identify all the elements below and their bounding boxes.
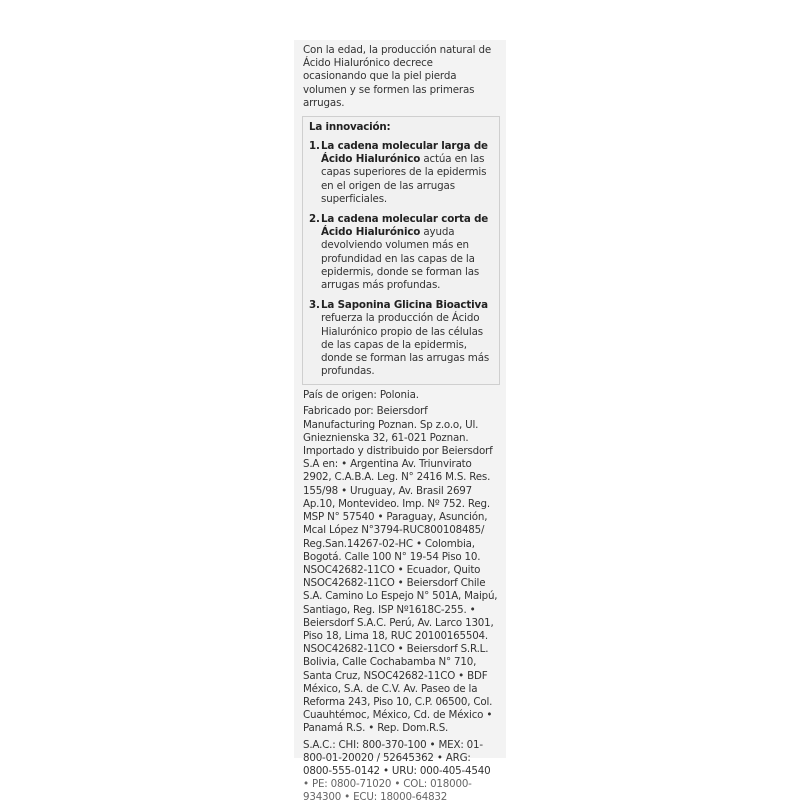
item-text: refuerza la producción de Ácido Hialurón… (321, 312, 489, 377)
item-body: La cadena molecular larga de Ácido Hialu… (321, 140, 494, 206)
manufacturer-info: Fabricado por: Beiersdorf Manufacturing … (303, 405, 498, 735)
innovation-item: 3. La Saponina Glicina Bioactiva refuerz… (309, 299, 494, 378)
item-bold-text: La cadena molecular corta de Ácido Hialu… (321, 213, 488, 238)
innovation-box: La innovación: 1. La cadena molecular la… (302, 116, 500, 385)
customer-service-contacts: S.A.C.: CHI: 800-370-100 • MEX: 01-800-0… (303, 739, 498, 800)
product-info-panel: Con la edad, la producción natural de Ác… (294, 40, 506, 758)
innovation-item: 1. La cadena molecular larga de Ácido Hi… (309, 140, 494, 206)
country-of-origin: País de origen: Polonia. (303, 389, 498, 402)
intro-paragraph: Con la edad, la producción natural de Ác… (303, 44, 498, 110)
item-body: La cadena molecular corta de Ácido Hialu… (321, 213, 494, 292)
innovation-list: 1. La cadena molecular larga de Ácido Hi… (309, 140, 494, 378)
innovation-title: La innovación: (309, 121, 494, 134)
item-body: La Saponina Glicina Bioactiva refuerza l… (321, 299, 494, 378)
item-number: 2. (309, 213, 321, 292)
contacts-faded: • PE: 0800-71020 • COL: 018000-934300 • … (303, 778, 472, 800)
contacts-main: S.A.C.: CHI: 800-370-100 • MEX: 01-800-0… (303, 739, 490, 777)
item-bold-text: La Saponina Glicina Bioactiva (321, 299, 488, 311)
item-number: 3. (309, 299, 321, 378)
innovation-item: 2. La cadena molecular corta de Ácido Hi… (309, 213, 494, 292)
item-number: 1. (309, 140, 321, 206)
